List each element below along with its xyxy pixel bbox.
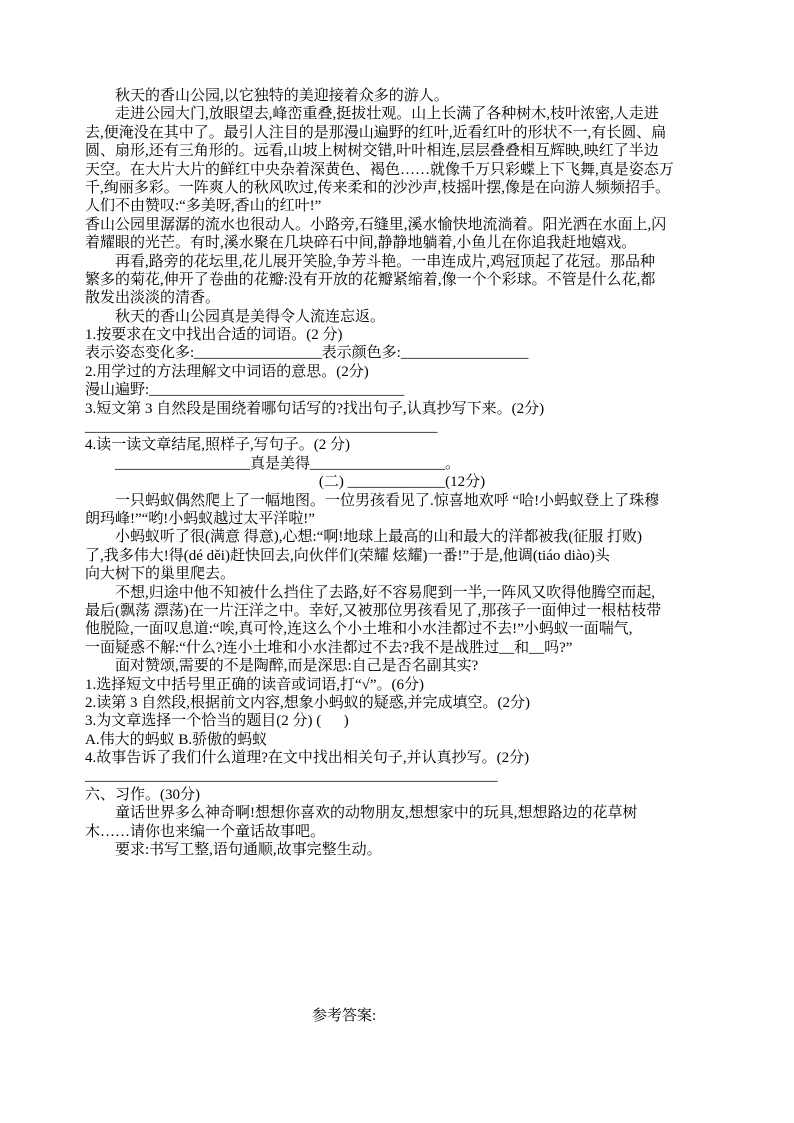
text-line-passage-2: (二) _____________(12分) bbox=[85, 473, 719, 491]
text-line-passage-2: 向大树下的巢里爬去。 bbox=[85, 565, 719, 583]
text-line-passage-1-questions: __________________真是美得__________________… bbox=[85, 455, 719, 473]
text-line-passage-2-questions: 4.故事告诉了我们什么道理?在文中找出相关句子,并认真抄写。(2分) bbox=[85, 749, 719, 767]
exam-page-content: 秋天的香山公园,以它独特的美迎接着众多的游人。走进公园大门,放眼望去,峰峦重叠,… bbox=[85, 87, 719, 1025]
text-line-passage-2: 面对赞颂,需要的不是陶醉,而是深思:自己是否名副其实? bbox=[85, 657, 719, 675]
text-line-answer-key: 参考答案: bbox=[85, 1007, 719, 1025]
text-line-passage-1-questions: 表示姿态变化多:_________________表示颜色多:_________… bbox=[85, 344, 719, 362]
text-line-passage-1: 去,便淹没在其中了。最引人注目的是那漫山遍野的红叶,近看红叶的形状不一,有长圆、… bbox=[85, 124, 719, 142]
text-line-passage-1: 圆、扇形,还有三角形的。远看,山坡上树树交错,叶叶相连,层层叠叠相互辉映,映红了… bbox=[85, 142, 719, 160]
blank-line bbox=[85, 951, 719, 969]
text-line-passage-2: 了,我多伟大!得(dé děi)赶快回去,向伙伴们(荣耀 炫耀)一番!”于是,他… bbox=[85, 547, 719, 565]
blank-line bbox=[85, 970, 719, 988]
text-line-passage-1: 繁多的菊花,伸开了卷曲的花瓣:没有开放的花瓣紧缩着,像一个个彩球。不管是什么花,… bbox=[85, 271, 719, 289]
text-line-section-6-writing: 童话世界多么神奇啊!想想你喜欢的动物朋友,想想家中的玩具,想想路边的花草树 bbox=[85, 804, 719, 822]
text-line-passage-1-questions: 漫山遍野:__________________________________ bbox=[85, 381, 719, 399]
blank-line bbox=[85, 859, 719, 877]
text-line-passage-1: 香山公园里潺潺的流水也很动人。小路旁,石缝里,溪水愉快地流淌着。阳光洒在水面上,… bbox=[85, 216, 719, 234]
text-line-section-6-writing: 要求:书写工整,语句通顺,故事完整生动。 bbox=[85, 841, 719, 859]
text-line-passage-2: 最后(飘荡 漂荡)在一片汪洋之中。幸好,又被那位男孩看见了,那孩子一面伸过一根枯… bbox=[85, 602, 719, 620]
text-line-passage-2-questions: 1.选择短文中括号里正确的读音或词语,打“√”。(6分) bbox=[85, 676, 719, 694]
text-line-passage-1-questions: 4.读一读文章结尾,照样子,写句子。(2 分) bbox=[85, 436, 719, 454]
text-line-passage-1: 人们不由赞叹:“多美呀,香山的红叶!” bbox=[85, 197, 719, 215]
text-line-passage-1: 天空。在大片大片的鲜红中央杂着深黄色、褐色……就像千万只彩蝶上下飞舞,真是姿态万 bbox=[85, 161, 719, 179]
text-line-passage-2: 不想,归途中他不知被什么挡住了去路,好不容易爬到一半,一阵风又吹得他腾空而起, bbox=[85, 584, 719, 602]
text-line-passage-1: 着耀眼的光芒。有时,溪水聚在几块碎石中间,静静地躺着,小鱼儿在你追我赶地嬉戏。 bbox=[85, 234, 719, 252]
text-line-passage-2: 他脱险,一面叹息道:“唉,真可怜,连这么个小土堆和小水洼都过不去!”小蚂蚁一面喘… bbox=[85, 620, 719, 638]
text-line-passage-2-questions: A.伟大的蚂蚁 B.骄傲的蚂蚁 bbox=[85, 731, 719, 749]
text-line-passage-1: 散发出淡淡的清香。 bbox=[85, 289, 719, 307]
blank-line bbox=[85, 878, 719, 896]
text-line-passage-2: 小蚂蚁听了很(满意 得意),心想:“啊!地球上最高的山和最大的洋都被我(征服 打… bbox=[85, 528, 719, 546]
blank-line bbox=[85, 896, 719, 914]
blank-line bbox=[85, 915, 719, 933]
text-line-passage-1-questions: 1.按要求在文中找出合适的词语。(2 分) bbox=[85, 326, 719, 344]
exam-page: 秋天的香山公园,以它独特的美迎接着众多的游人。走进公园大门,放眼望去,峰峦重叠,… bbox=[0, 0, 794, 1123]
text-line-passage-1-questions: ________________________________________… bbox=[85, 418, 719, 436]
text-line-passage-1: 走进公园大门,放眼望去,峰峦重叠,挺拔壮观。山上长满了各种树木,枝叶浓密,人走进 bbox=[85, 105, 719, 123]
text-line-passage-1-questions: 2.用学过的方法理解文中词语的意思。(2分) bbox=[85, 363, 719, 381]
text-line-passage-1: 秋天的香山公园,以它独特的美迎接着众多的游人。 bbox=[85, 87, 719, 105]
text-line-passage-1: 再看,路旁的花坛里,花儿展开笑脸,争芳斗艳。一串连成片,鸡冠顶起了花冠。那品种 bbox=[85, 253, 719, 271]
text-line-passage-2: 朗玛峰!”“哟!小蚂蚁越过太平洋啦!” bbox=[85, 510, 719, 528]
blank-line bbox=[85, 988, 719, 1006]
text-line-passage-2-questions: 2.读第 3 自然段,根据前文内容,想象小蚂蚁的疑惑,并完成填空。(2分) bbox=[85, 694, 719, 712]
text-line-passage-2: 一面疑惑不解:“什么?连小土堆和小水洼都过不去?我不是战胜过__和__吗?” bbox=[85, 639, 719, 657]
text-line-section-6-writing: 六、习作。(30分) bbox=[85, 786, 719, 804]
text-line-passage-2-questions: 3.为文章选择一个恰当的题目(2 分) ( ) bbox=[85, 712, 719, 730]
text-line-section-6-writing: 木……请你也来编一个童话故事吧。 bbox=[85, 823, 719, 841]
blank-line bbox=[85, 933, 719, 951]
text-line-passage-1-questions: 3.短文第 3 自然段是围绕着哪句话写的?找出句子,认真抄写下来。(2分) bbox=[85, 400, 719, 418]
text-line-passage-2-questions: ________________________________________… bbox=[85, 767, 719, 785]
text-line-passage-2: 一只蚂蚁偶然爬上了一幅地图。一位男孩看见了.惊喜地欢呼 “哈!小蚂蚁登上了珠穆 bbox=[85, 492, 719, 510]
text-line-passage-1: 千,绚丽多彩。一阵爽人的秋风吹过,传来柔和的沙沙声,枝摇叶摆,像是在向游人频频招… bbox=[85, 179, 719, 197]
text-line-passage-1: 秋天的香山公园真是美得令人流连忘返。 bbox=[85, 308, 719, 326]
